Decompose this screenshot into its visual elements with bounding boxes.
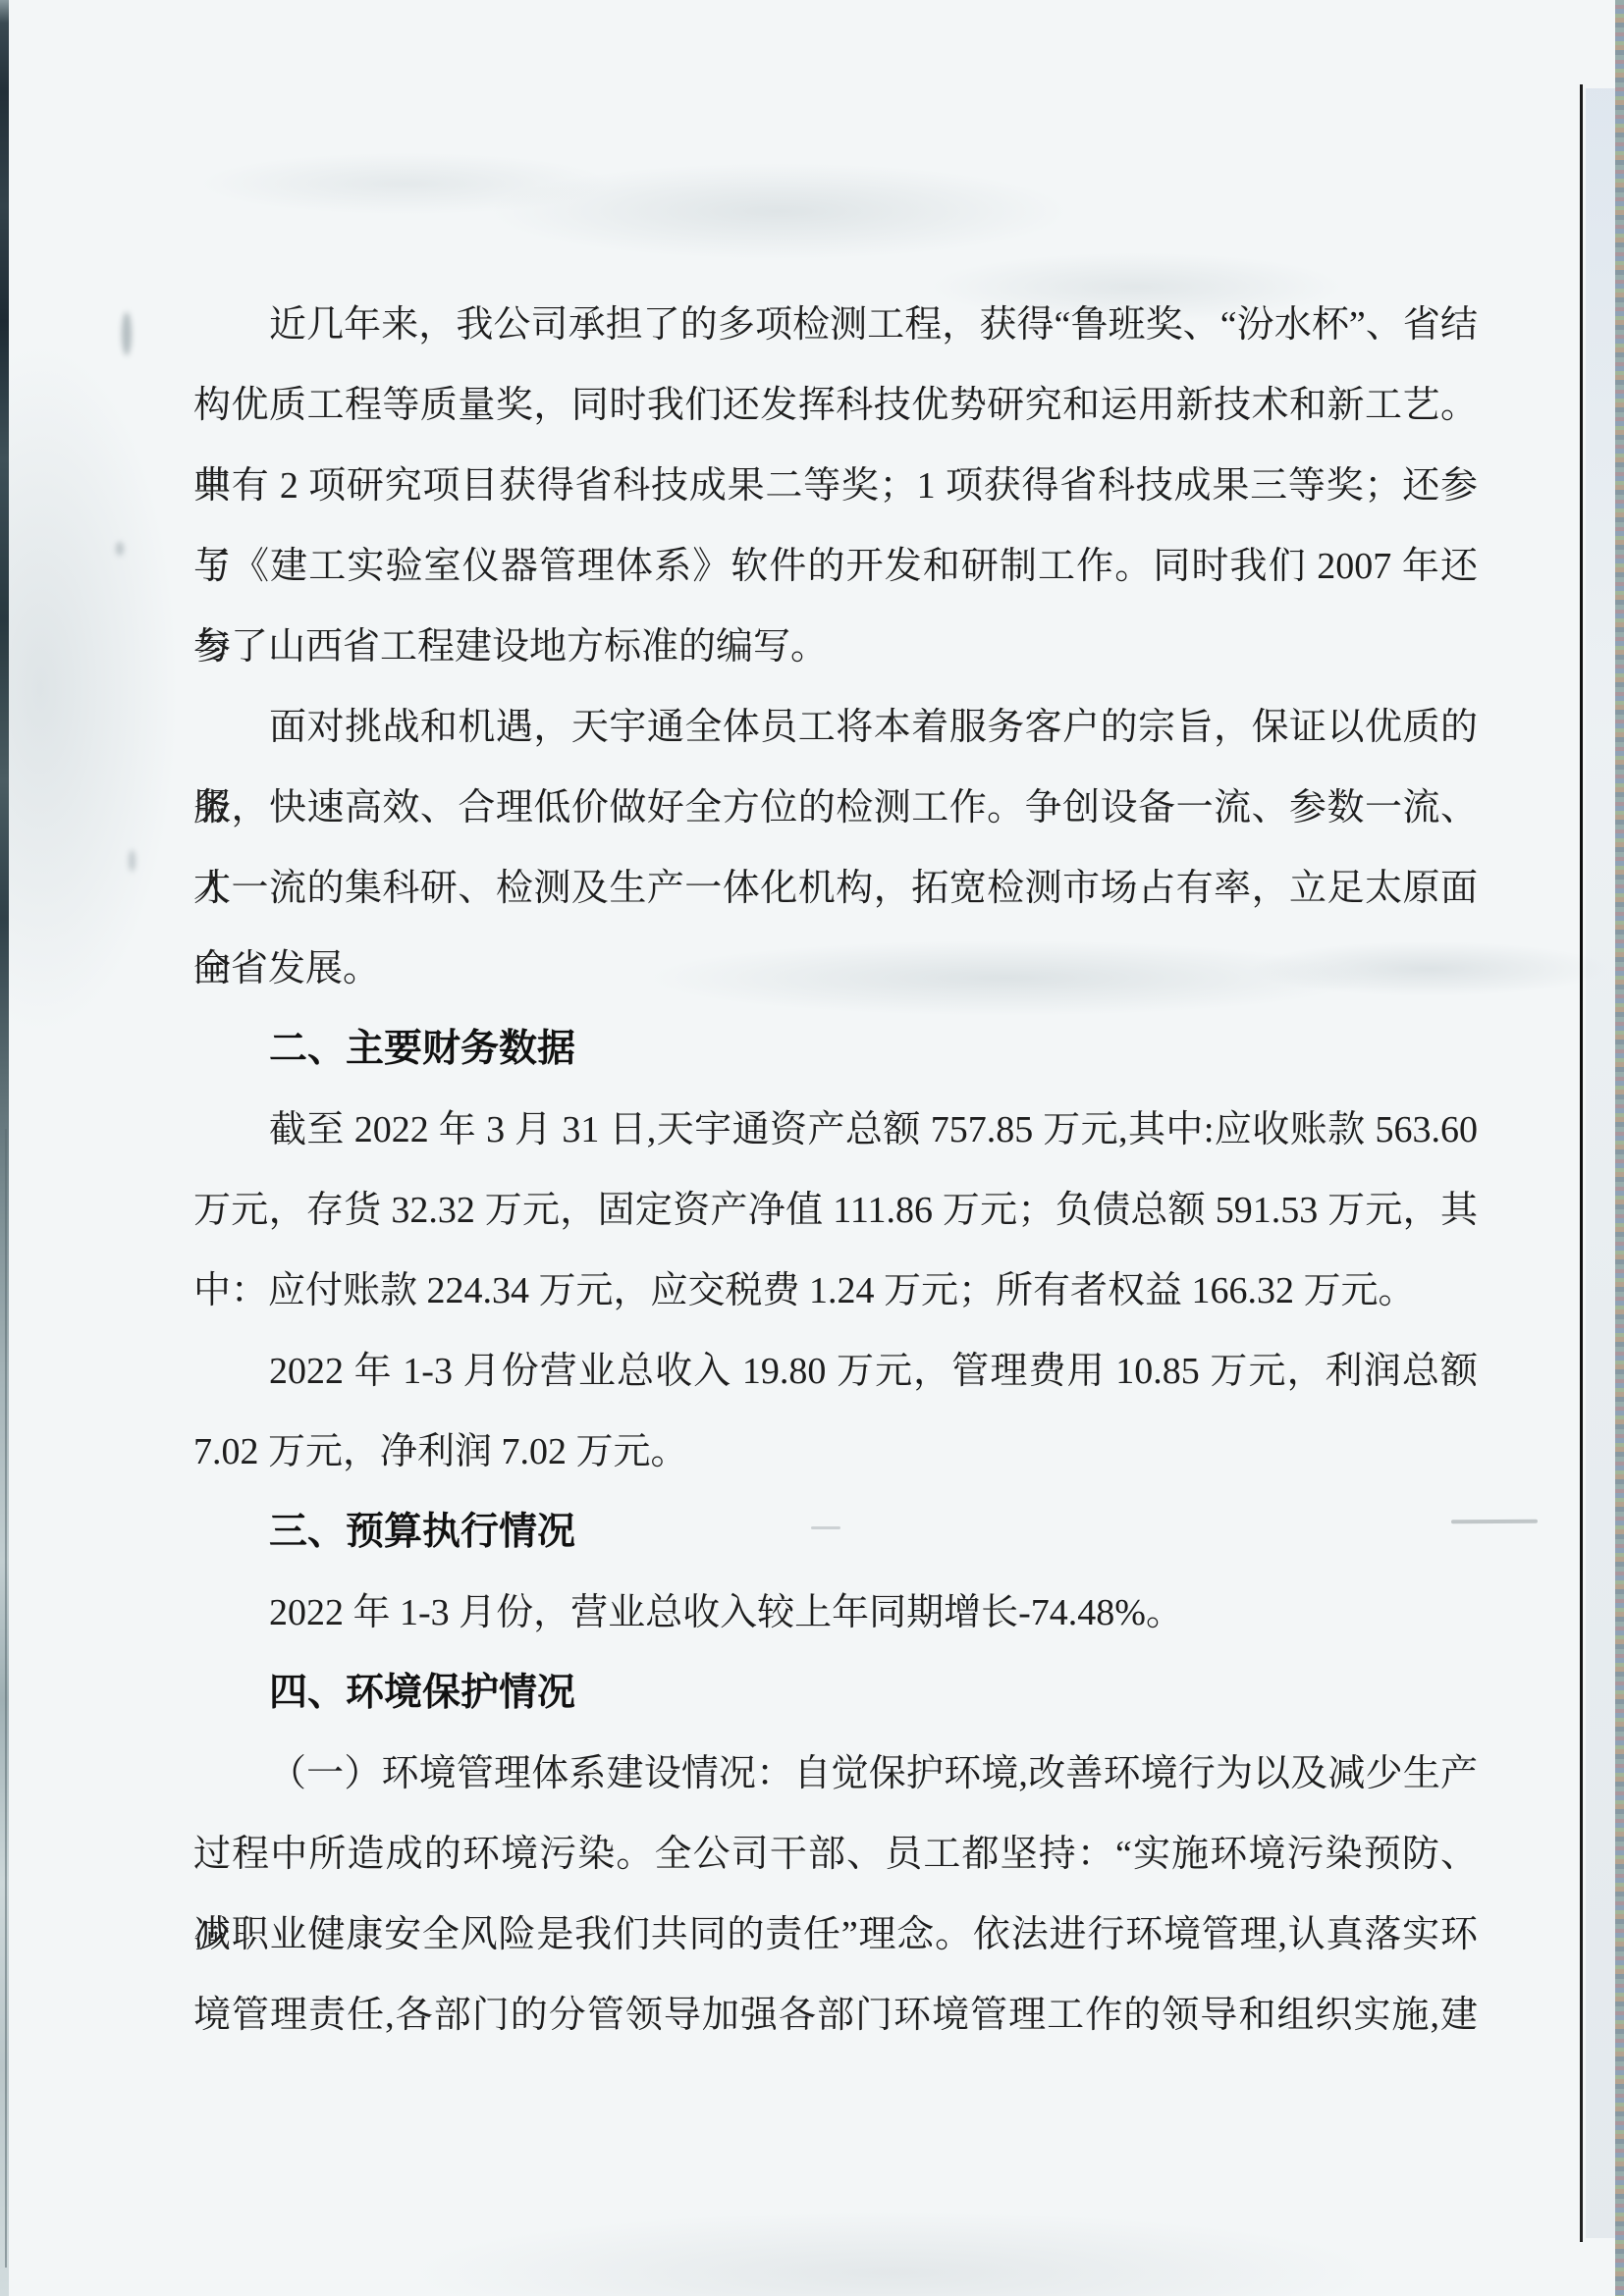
text-line: 少职业健康安全风险是我们共同的责任”理念。依法进行环境管理,认真落实环 (193, 1895, 1478, 1975)
text-line: 过程中所造成的环境污染。全公司干部、员工都坚持：“实施环境污染预防、减 (193, 1814, 1478, 1895)
section-heading: 二、主要财务数据 (193, 1009, 1478, 1090)
text-line: 万元，存货 32.32 万元，固定资产净值 111.86 万元；负债总额 591… (193, 1170, 1478, 1251)
scanned-document-page: 近几年来，我公司承担了的多项检测工程，获得“鲁班奖、“汾水杯”、省结构优质工程等… (0, 0, 1624, 2296)
text-line: 境管理责任,各部门的分管领导加强各部门环境管理工作的领导和组织实施,建 (193, 1975, 1478, 2056)
text-line: （一）环境管理体系建设情况：自觉保护环境,改善环境行为以及减少生产 (193, 1734, 1478, 1814)
text-line: 构优质工程等质量奖，同时我们还发挥科技优势研究和运用新技术和新工艺。其 (193, 365, 1478, 446)
section-heading: 四、环境保护情况 (193, 1653, 1478, 1734)
section-heading: 三、预算执行情况 (193, 1492, 1478, 1573)
text-line: 中：应付账款 224.34 万元，应交税费 1.24 万元；所有者权益 166.… (193, 1251, 1478, 1331)
text-line: 与了山西省工程建设地方标准的编写。 (193, 607, 1478, 687)
text-line: 面对挑战和机遇，天宇通全体员工将本着服务客户的宗旨，保证以优质的服 (193, 687, 1478, 768)
text-line: 2022 年 1-3 月份营业总收入 19.80 万元，管理费用 10.85 万… (193, 1331, 1478, 1412)
scan-fold-line (1580, 84, 1583, 2242)
scan-smudge (122, 312, 132, 355)
scan-edge-artifact-right (1615, 0, 1624, 2296)
scan-tint-strip (1586, 88, 1615, 2238)
scan-smudge (129, 850, 135, 872)
text-line: 全省发展。 (193, 929, 1478, 1009)
text-line: 了《建工实验室仪器管理体系》软件的开发和研制工作。同时我们 2007 年还参 (193, 526, 1478, 607)
text-line: 截至 2022 年 3 月 31 日,天宇通资产总额 757.85 万元,其中:… (193, 1090, 1478, 1170)
scan-edge-line-left (5, 1129, 7, 2268)
text-line: 7.02 万元，净利润 7.02 万元。 (193, 1412, 1478, 1492)
text-line: 才一流的集科研、检测及生产一体化机构，拓宽检测市场占有率，立足太原面向 (193, 848, 1478, 929)
text-line: 中有 2 项研究项目获得省科技成果二等奖；1 项获得省科技成果三等奖；还参与 (193, 446, 1478, 526)
scan-edge-artifact-left (0, 0, 9, 2296)
text-line: 2022 年 1-3 月份，营业总收入较上年同期增长-74.48%。 (193, 1573, 1478, 1653)
text-line: 近几年来，我公司承担了的多项检测工程，获得“鲁班奖、“汾水杯”、省结 (193, 285, 1478, 365)
text-line: 务，快速高效、合理低价做好全方位的检测工作。争创设备一流、参数一流、人 (193, 768, 1478, 848)
scan-smudge (116, 542, 124, 556)
text-column: 近几年来，我公司承担了的多项检测工程，获得“鲁班奖、“汾水杯”、省结构优质工程等… (193, 285, 1478, 2056)
